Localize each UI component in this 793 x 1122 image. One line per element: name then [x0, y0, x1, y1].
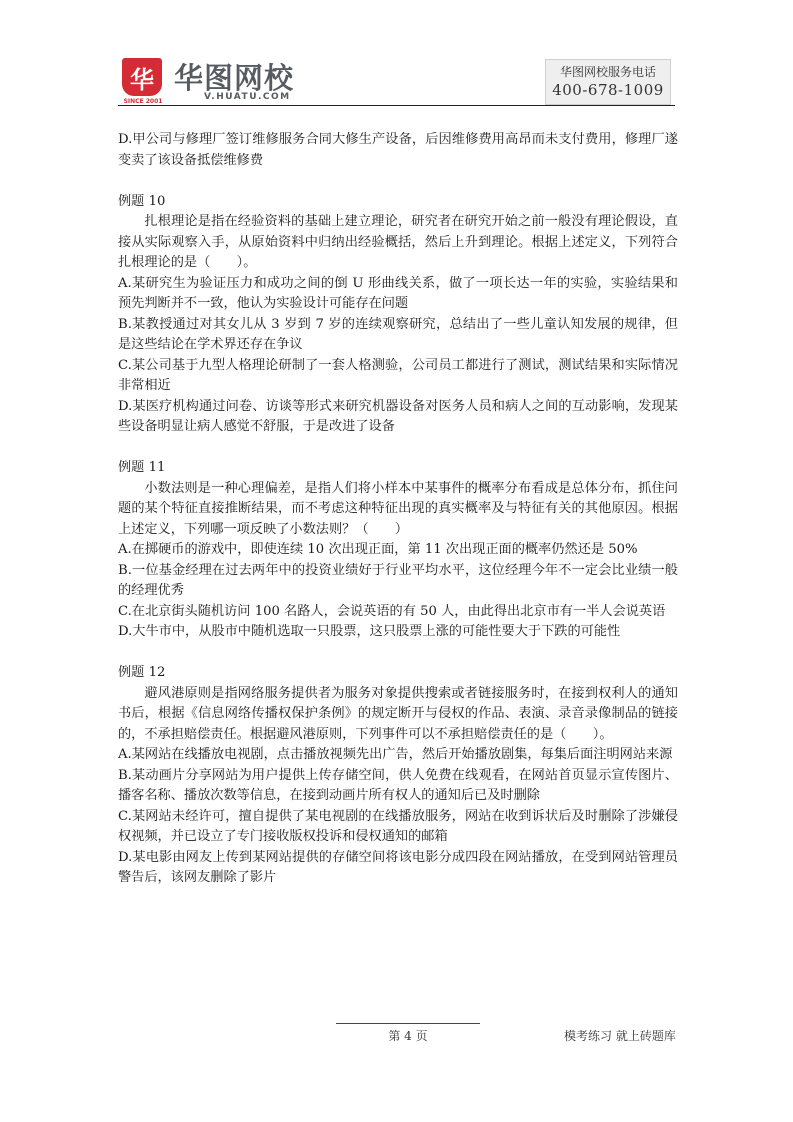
hotline-label: 华图网校服务电话 [546, 65, 670, 80]
page-header: 华 SINCE 2001 华图网校 V.HUATU.COM 华图网校服务电话 4… [118, 52, 674, 106]
service-hotline-box: 华图网校服务电话 400-678-1009 [545, 59, 671, 105]
question-stem: 小数法则是一种心理偏差，是指人们将小样本中某事件的概率分布看成是总体分布，抓住问… [118, 479, 678, 541]
option-b: B.一位基金经理在过去两年中的投资业绩好于行业平均水平，这位经理今年不一定会比业… [118, 561, 678, 602]
question-10: 例题 10 扎根理论是指在经验资料的基础上建立理论，研究者在研究开始之前一般没有… [118, 192, 678, 438]
option-d: D.大牛市中，从股市中随机选取一只股票，这只股票上涨的可能性要大于下跌的可能性 [118, 622, 678, 643]
header-divider [118, 105, 675, 106]
option-c: C.在北京街头随机访问 100 名路人，会说英语的有 50 人，由此得出北京市有… [118, 602, 678, 623]
question-title: 例题 12 [118, 663, 678, 684]
option-a: A.在掷硬币的游戏中，即使连续 10 次出现正面，第 11 次出现正面的概率仍然… [118, 540, 678, 561]
carryover-option: D.甲公司与修理厂签订维修服务合同大修生产设备，后因维修费用高昂而未支付费用，修… [118, 130, 678, 171]
option-b: B.某动画片分享网站为用户提供上传存储空间，供人免费在线观看，在网站首页显示宣传… [118, 766, 678, 807]
option-d: D.某医疗机构通过问卷、访谈等形式来研究机器设备对医务人员和病人之间的互动影响，… [118, 397, 678, 438]
option-b: B.某教授通过对其女儿从 3 岁到 7 岁的连续观察研究，总结出了一些儿童认知发… [118, 315, 678, 356]
question-stem: 扎根理论是指在经验资料的基础上建立理论，研究者在研究开始之前一般没有理论假设，直… [118, 212, 678, 274]
hotline-number: 400-678-1009 [546, 80, 670, 100]
logo-url: V.HUATU.COM [204, 92, 291, 102]
question-title: 例题 10 [118, 192, 678, 213]
footer-slogan: 模考练习 就上砖题库 [564, 1027, 676, 1044]
option-c: C.某网站未经许可，擅自提供了某电视剧的在线播放服务，网站在收到诉状后及时删除了… [118, 807, 678, 848]
page-number: 第 4 页 [336, 1027, 480, 1044]
question-stem: 避风港原则是指网络服务提供者为服务对象提供搜索或者链接服务时，在接到权利人的通知… [118, 684, 678, 746]
question-12: 例题 12 避风港原则是指网络服务提供者为服务对象提供搜索或者链接服务时，在接到… [118, 663, 678, 889]
question-11: 例题 11 小数法则是一种心理偏差，是指人们将小样本中某事件的概率分布看成是总体… [118, 458, 678, 643]
footer-divider [336, 1023, 480, 1024]
spacer [118, 438, 678, 459]
question-title: 例题 11 [118, 458, 678, 479]
option-c: C.某公司基于九型人格理论研制了一套人格测验，公司员工都进行了测试，测试结果和实… [118, 356, 678, 397]
document-body: D.甲公司与修理厂签订维修服务合同大修生产设备，后因维修费用高昂而未支付费用，修… [118, 130, 678, 889]
option-a: A.某研究生为验证压力和成功之间的倒 U 形曲线关系，做了一项长达一年的实验，实… [118, 274, 678, 315]
spacer [118, 643, 678, 664]
option-a: A.某网站在线播放电视剧，点击播放视频先出广告，然后开始播放剧集，每集后面注明网… [118, 745, 678, 766]
huatu-logo-icon: 华 [122, 58, 162, 96]
spacer [118, 171, 678, 192]
logo-since-text: SINCE 2001 [120, 98, 166, 105]
option-d: D.某电影由网友上传到某网站提供的存储空间将该电影分成四段在网站播放，在受到网站… [118, 848, 678, 889]
logo-brand-name: 华图网校 [174, 56, 294, 97]
